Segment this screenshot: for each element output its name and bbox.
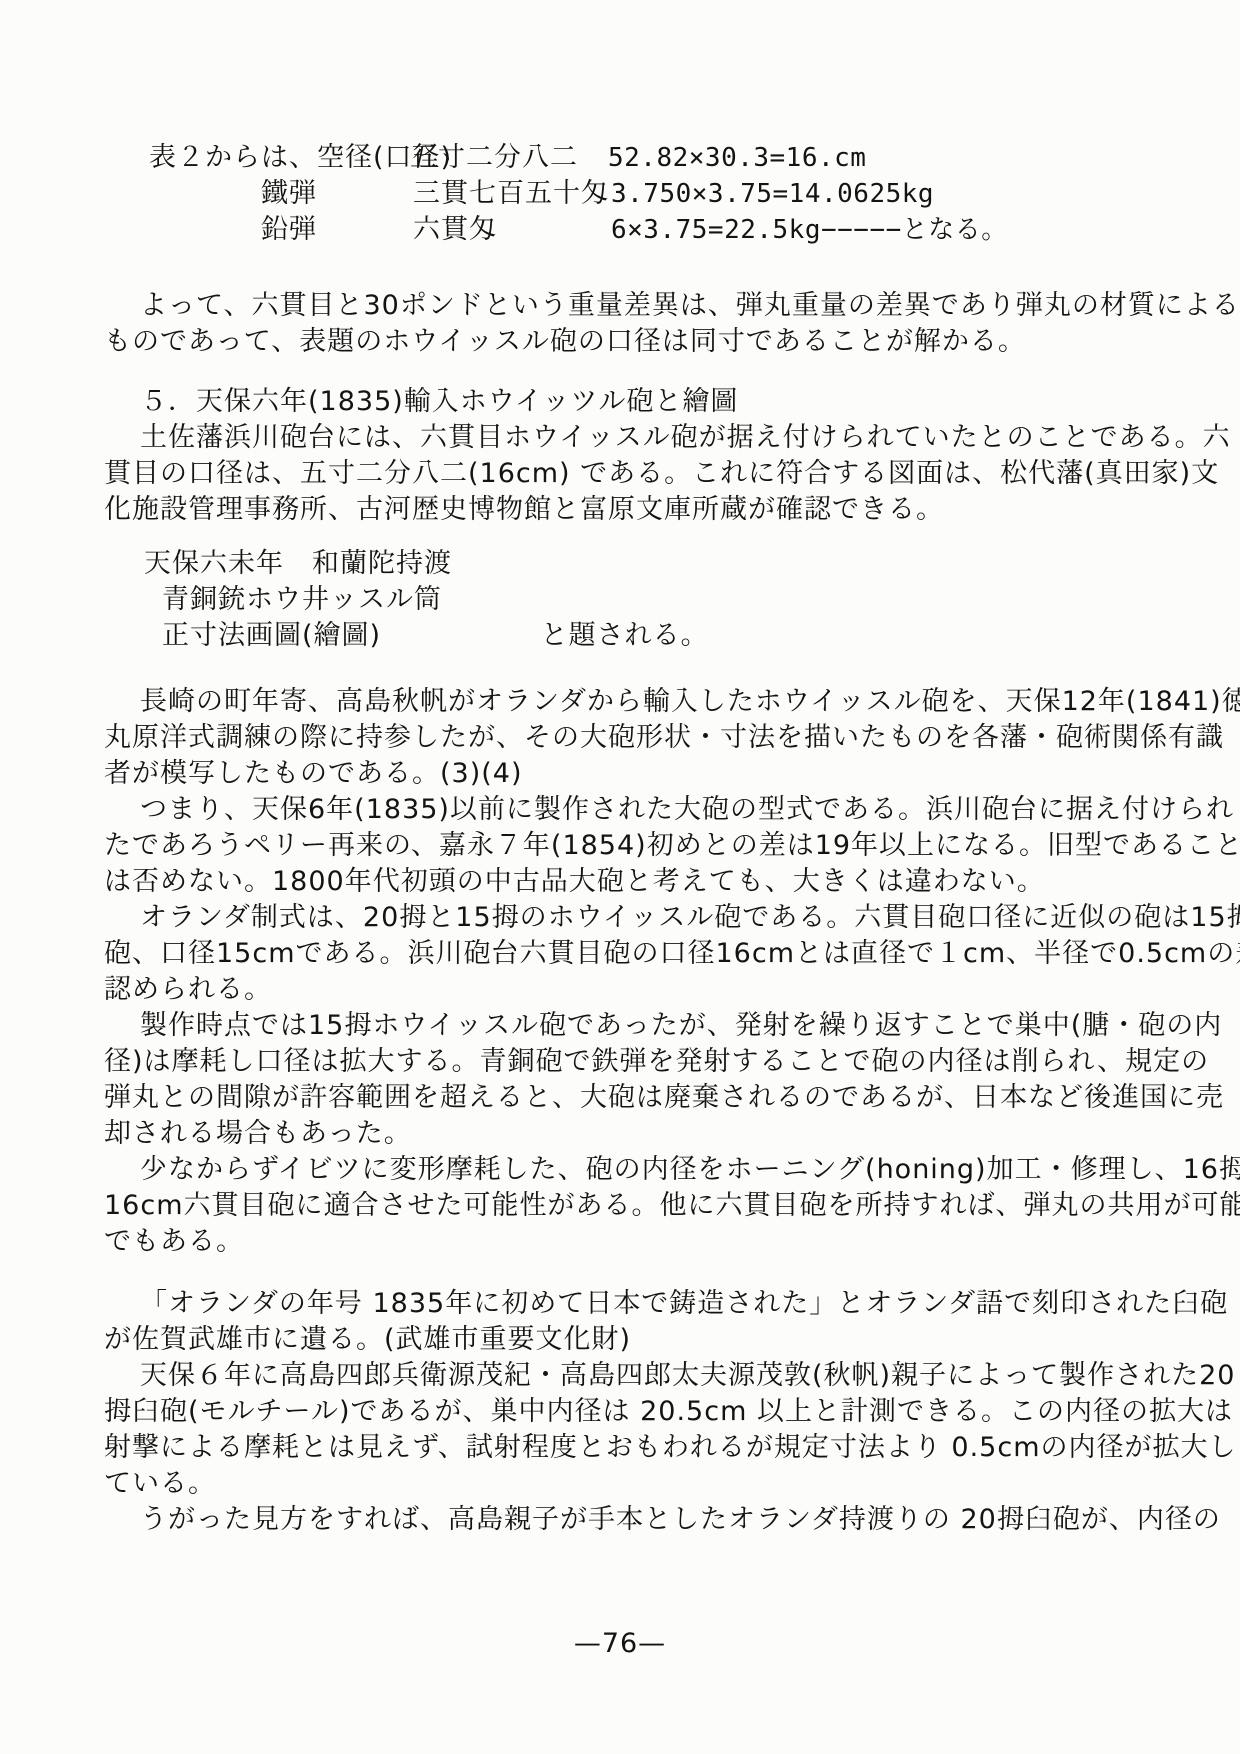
caliber-weight-table: 表２からは、空径(口径) 五寸二分八二 52.82×30.3=16.cm 鐵弾 … bbox=[104, 140, 1148, 248]
text-line: 化施設管理事務所、古河歴史博物館と富原文庫所蔵が確認できる。 bbox=[104, 492, 1148, 528]
text-line: 天保６年に高島四郎兵衛源茂紀・高島四郎太夫源茂敦(秋帆)親子によって製作された2… bbox=[104, 1358, 1148, 1394]
mortar-inscription-paragraph: 「オランダの年号 1835年に初めて日本で鋳造された」とオランダ語で刻印された臼… bbox=[104, 1286, 1148, 1358]
text-line: 丸原洋式調練の際に持参したが、その大砲形状・寸法を描いたものを各藩・砲術関係有識 bbox=[104, 720, 1148, 756]
table-row-label: 鉛弾 bbox=[261, 212, 413, 248]
table-row: 表２からは、空径(口径) 五寸二分八二 52.82×30.3=16.cm bbox=[104, 140, 1148, 176]
text-line: 径)は摩耗し口径は拡大する。青銅砲で鉄弾を発射することで砲の内径は削られ、規定の bbox=[104, 1044, 1148, 1080]
section-5-heading: ５．天保六年(1835)輸入ホウイッツル砲と繪圖 bbox=[104, 384, 1148, 420]
text-line: 拇臼砲(モルチール)であるが、巣中内径は 20.5cm 以上と計測できる。この内… bbox=[104, 1394, 1148, 1430]
text-line: は否めない。1800年代初頭の中古品大砲と考えても、大きくは違わない。 bbox=[104, 864, 1148, 900]
text-line: オランダ制式は、20拇と15拇のホウイッスル砲である。六貫目砲口径に近似の砲は1… bbox=[104, 900, 1148, 936]
text-line: 弾丸との間隙が許容範囲を超えると、大砲は廃棄されるのであるが、日本など後進国に売 bbox=[104, 1080, 1148, 1116]
table-row-formula: 6×3.75=22.5kg−−−−−となる。 bbox=[611, 212, 1008, 248]
text-line: 少なからずイビツに変形摩耗した、砲の内径をホーニング(honing)加工・修理し… bbox=[104, 1152, 1148, 1188]
nagasaki-import-paragraph: 長崎の町年寄、高島秋帆がオランダから輸入したホウイッスル砲を、天保12年(184… bbox=[104, 684, 1148, 792]
weight-difference-paragraph: よって、六貫目と30ポンドという重量差異は、弾丸重量の差異であり弾丸の材質による… bbox=[104, 288, 1148, 360]
text-line: 土佐藩浜川砲台には、六貫目ホウイッスル砲が据え付けられていたとのことである。六 bbox=[104, 420, 1148, 456]
table-row-formula: 52.82×30.3=16.cm bbox=[608, 140, 866, 176]
text-line: 天保六未年 和蘭陀持渡 bbox=[104, 546, 1148, 582]
table-row-indent bbox=[149, 176, 261, 212]
hamagawa-battery-paragraph: 土佐藩浜川砲台には、六貫目ホウイッスル砲が据え付けられていたとのことである。六 … bbox=[104, 420, 1148, 528]
bore-wear-paragraph: 製作時点では15拇ホウイッスル砲であったが、発射を繰り返すことで巣中(膅・砲の内… bbox=[104, 1008, 1148, 1152]
page-number: —76— bbox=[0, 1628, 1240, 1659]
text-line: でもある。 bbox=[104, 1224, 1148, 1260]
table-row-value: 五寸二分八二 bbox=[410, 140, 608, 176]
text-line: たであろうペリー再来の、嘉永７年(1854)初めとの差は19年以上になる。旧型で… bbox=[104, 828, 1148, 864]
text-line: 16cm六貫目砲に適合させた可能性がある。他に六貫目砲を所持すれば、弾丸の共用が… bbox=[104, 1188, 1148, 1224]
text-line: 正寸法画圖(繪圖) と題される。 bbox=[104, 618, 1148, 654]
table-row-indent bbox=[149, 212, 261, 248]
table-row: 鐵弾 三貫七百五十匁 3.750×3.75=14.0625kg bbox=[104, 176, 1148, 212]
text-line: 者が模写したものである。(3)(4) bbox=[104, 756, 1148, 792]
closing-paragraph: うがった見方をすれば、高島親子が手本としたオランダ持渡りの 20拇臼砲が、内径の bbox=[104, 1502, 1148, 1538]
table-row-value: 六貫匁 bbox=[413, 212, 611, 248]
text-line: つまり、天保6年(1835)以前に製作された大砲の型式である。浜川砲台に据え付け… bbox=[104, 792, 1148, 828]
page-body: 表２からは、空径(口径) 五寸二分八二 52.82×30.3=16.cm 鐵弾 … bbox=[104, 140, 1148, 1538]
scanned-document-page: 表２からは、空径(口径) 五寸二分八二 52.82×30.3=16.cm 鐵弾 … bbox=[0, 0, 1240, 1754]
drawing-title-text: 正寸法画圖(繪圖) bbox=[162, 620, 381, 651]
table-row-formula: 3.750×3.75=14.0625kg bbox=[611, 176, 934, 212]
text-line: よって、六貫目と30ポンドという重量差異は、弾丸重量の差異であり弾丸の材質による bbox=[104, 288, 1148, 324]
table-row-label: 表２からは、空径(口径) bbox=[149, 140, 410, 176]
text-line: 貫目の口径は、五寸二分八二(16cm) である。これに符合する図面は、松代藩(真… bbox=[104, 456, 1148, 492]
dutch-standard-paragraph: オランダ制式は、20拇と15拇のホウイッスル砲である。六貫目砲口径に近似の砲は1… bbox=[104, 900, 1148, 1008]
table-row-label: 鐵弾 bbox=[261, 176, 413, 212]
text-line: 「オランダの年号 1835年に初めて日本で鋳造された」とオランダ語で刻印された臼… bbox=[104, 1286, 1148, 1322]
takashima-mortar-paragraph: 天保６年に高島四郎兵衛源茂紀・高島四郎太夫源茂敦(秋帆)親子によって製作された2… bbox=[104, 1358, 1148, 1502]
text-line: が佐賀武雄市に遺る。(武雄市重要文化財) bbox=[104, 1322, 1148, 1358]
text-line: 射撃による摩耗とは見えず、試射程度とおもわれるが規定寸法より 0.5cmの内径が… bbox=[104, 1430, 1148, 1466]
text-line: 製作時点では15拇ホウイッスル砲であったが、発射を繰り返すことで巣中(膅・砲の内 bbox=[104, 1008, 1148, 1044]
table-row-value: 三貫七百五十匁 bbox=[413, 176, 611, 212]
text-line: 却される場合もあった。 bbox=[104, 1116, 1148, 1152]
tempo6-model-paragraph: つまり、天保6年(1835)以前に製作された大砲の型式である。浜川砲台に据え付け… bbox=[104, 792, 1148, 900]
titled-as-text: と題される。 bbox=[541, 620, 709, 651]
honing-repair-paragraph: 少なからずイビツに変形摩耗した、砲の内径をホーニング(honing)加工・修理し… bbox=[104, 1152, 1148, 1260]
table-row: 鉛弾 六貫匁 6×3.75=22.5kg−−−−−となる。 bbox=[104, 212, 1148, 248]
text-line: 砲、口径15cmである。浜川砲台六貫目砲の口径16cmとは直径で１cm、半径で0… bbox=[104, 936, 1148, 972]
text-line: ものであって、表題のホウイッスル砲の口径は同寸であることが解かる。 bbox=[104, 324, 1148, 360]
text-line: 青銅銃ホウ井ッスル筒 bbox=[104, 582, 1148, 618]
text-line: 長崎の町年寄、高島秋帆がオランダから輸入したホウイッスル砲を、天保12年(184… bbox=[104, 684, 1148, 720]
text-line: うがった見方をすれば、高島親子が手本としたオランダ持渡りの 20拇臼砲が、内径の bbox=[104, 1502, 1148, 1538]
drawing-title-block: 天保六未年 和蘭陀持渡 青銅銃ホウ井ッスル筒 正寸法画圖(繪圖) と題される。 bbox=[104, 546, 1148, 654]
text-line: ている。 bbox=[104, 1466, 1148, 1502]
text-line: 認められる。 bbox=[104, 972, 1148, 1008]
